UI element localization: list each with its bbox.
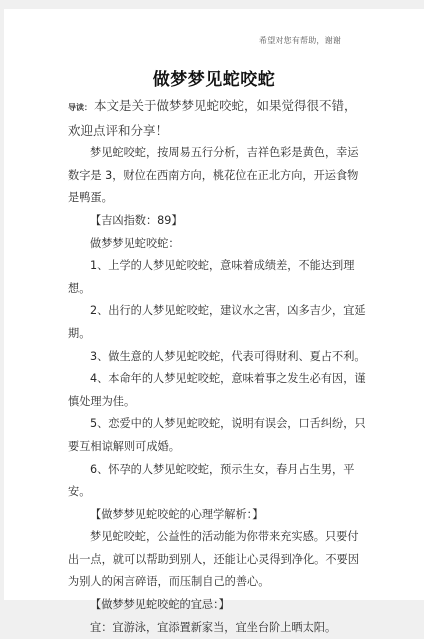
list-item: 1、上学的人梦见蛇咬蛇，意味着成绩差，不能达到理想。 [68,255,366,300]
fortune-index: 【吉凶指数：89】 [68,210,366,233]
list-item: 4、本命年的人梦见蛇咬蛇，意味着事之发生必有因，谨慎处理为佳。 [68,368,366,413]
lead-label: 导读： [68,103,92,112]
section-heading: 【做梦梦见蛇咬蛇的宜忌：】 [68,594,366,600]
document-body: 导读：本文是关于做梦梦见蛇咬蛇，如果觉得很不错，欢迎点评和分享！ 梦见蛇咬蛇，按… [68,95,366,600]
document-page: 希望对您有帮助，谢谢 做梦梦见蛇咬蛇 导读：本文是关于做梦梦见蛇咬蛇，如果觉得很… [4,9,424,600]
psychology-paragraph: 梦见蛇咬蛇，公益性的活动能为你带来充实感。只要付出一点，就可以帮助到别人，还能让… [68,526,366,594]
section-heading: 【做梦梦见蛇咬蛇的心理学解析：】 [68,504,366,527]
summary-paragraph: 梦见蛇咬蛇，按周易五行分析，吉祥色彩是黄色，幸运数字是 3，财位在西南方向，桃花… [68,142,366,210]
lead-paragraph: 导读：本文是关于做梦梦见蛇咬蛇，如果觉得很不错，欢迎点评和分享！ [68,95,366,142]
lead-text: 本文是关于做梦梦见蛇咬蛇，如果觉得很不错，欢迎点评和分享！ [68,98,357,138]
page-title: 做梦梦见蛇咬蛇 [4,65,424,90]
header-note: 希望对您有帮助，谢谢 [259,35,341,46]
list-item: 3、做生意的人梦见蛇咬蛇，代表可得财利、夏占不利。 [68,346,366,369]
list-item: 6、怀孕的人梦见蛇咬蛇，预示生女，春月占生男，平安。 [68,459,366,504]
section-heading: 做梦梦见蛇咬蛇： [68,233,366,256]
list-item: 2、出行的人梦见蛇咬蛇，建议水之害，凶多吉少，宜延期。 [68,300,366,345]
list-item: 5、恋爱中的人梦见蛇咬蛇，说明有误会，口舌纠纷，只要互相谅解则可成婚。 [68,413,366,458]
